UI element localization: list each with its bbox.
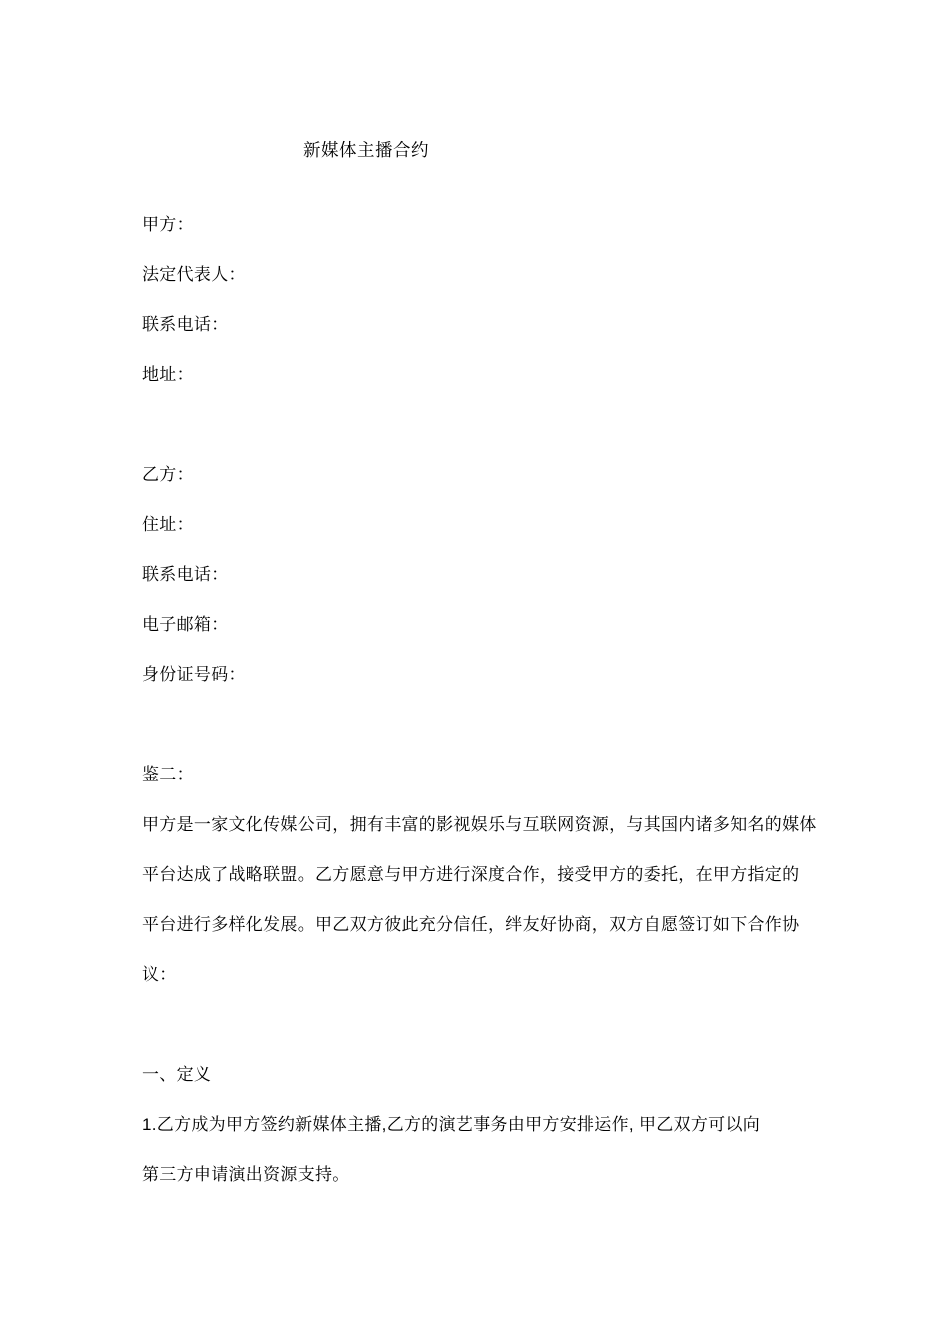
blank-line	[142, 1000, 808, 1050]
blank-line	[142, 700, 808, 750]
recitals-line-3: 平台进行多样化发展。甲乙双方彼此充分信任，绊友好协商，双方自愿签订如下合作协	[142, 900, 808, 950]
party-b-residence-label: 住址：	[142, 500, 808, 550]
party-b-phone-label: 联系电话：	[142, 550, 808, 600]
document-title: 新媒体主播合约	[142, 125, 808, 175]
party-a-phone-label: 联系电话：	[142, 300, 808, 350]
blank-line	[142, 400, 808, 450]
section-definitions-heading: 一、定义	[142, 1050, 808, 1100]
recitals-line-1: 甲方是一家文化传媒公司，拥有丰富的影视娱乐与互联网资源，与其国内诸多知名的媒体	[142, 800, 808, 850]
recitals-lead: 鉴二：	[142, 750, 808, 800]
contract-document-page: 新媒体主播合约 甲方： 法定代表人： 联系电话： 地址： 乙方： 住址： 联系电…	[0, 0, 950, 1344]
party-a-label: 甲方：	[142, 200, 808, 250]
party-a-address-label: 地址：	[142, 350, 808, 400]
clause-1-line-2: 第三方申请演出资源支持。	[142, 1150, 808, 1200]
clause-1-line-1: 1.乙方成为甲方签约新媒体主播,乙方的演艺事务由甲方安排运作, 甲乙双方可以向	[142, 1100, 808, 1150]
recitals-line-2: 平台达成了战略联盟。乙方愿意与甲方进行深度合作，接受甲方的委托，在甲方指定的	[142, 850, 808, 900]
party-a-legal-rep-label: 法定代表人：	[142, 250, 808, 300]
party-b-label: 乙方：	[142, 450, 808, 500]
recitals-line-4: 议：	[142, 950, 808, 1000]
party-b-email-label: 电子邮箱：	[142, 600, 808, 650]
title-spacer	[142, 175, 808, 200]
party-b-id-number-label: 身份证号码：	[142, 650, 808, 700]
